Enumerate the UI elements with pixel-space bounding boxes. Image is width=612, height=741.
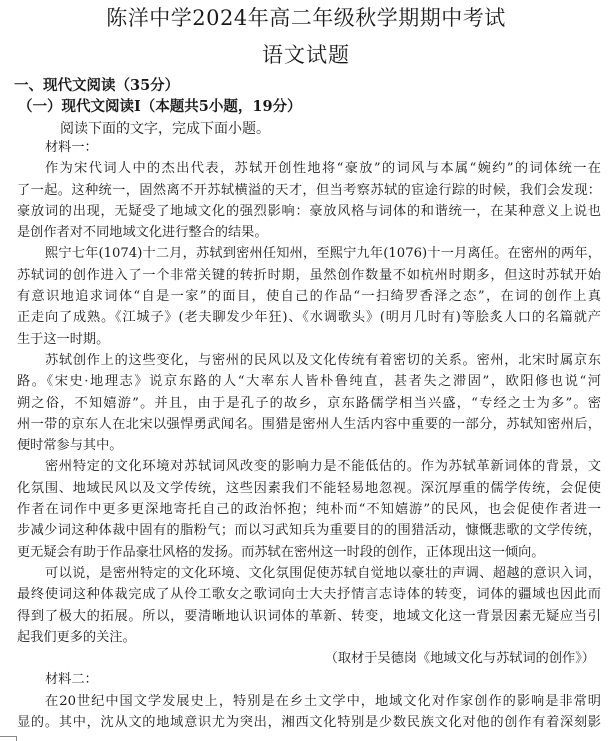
passage-line: 作者在词作中更多更深地寄托自己的政治怀抱；纯朴而“不知嬉游”的民风，也会促使作者… <box>17 499 601 520</box>
passage-line: 熙宁七年(1074)十二月，苏轼到密州任知州，至熙宁九年(1076)十一月离任。… <box>17 243 601 264</box>
passage-line: 更无疑会有助于作品豪壮风格的发扬。而苏轼在密州这一时段的创作，正体现出这一倾向。 <box>17 542 601 563</box>
passage-line: 可以说，是密州特定的文化环境、文化氛围促使苏轼自觉地以豪壮的声调、超越的意识入词… <box>17 563 601 584</box>
section-subheading: （一）现代文阅读Ⅰ（本题共5小题，19分） <box>18 98 302 116</box>
passage-line: 密州特定的文化环境对苏轼词风改变的影响力是不能低估的。作为苏轼革新词体的背景，文 <box>17 456 601 477</box>
passage-line: 豪放词的出现，无疑受了地域文化的强烈影响：豪放风格与词体的和谐统一，在某种意义上… <box>17 201 601 222</box>
material2-label: 材料二： <box>17 669 601 690</box>
exam-title: 陈洋中学2024年高二年级秋学期期中考试 <box>0 5 612 31</box>
passage-line: 作为宋代词人中的杰出代表，苏轼开创性地将“豪放”的词风与本属“婉约”的词体统一在 <box>17 158 601 179</box>
passage-line: 得到了极大的拓展。所以，要清晰地认识词体的革新、转变，地域文化这一背景因素无疑应… <box>17 606 601 627</box>
passage-line: 了一起。这种统一，固然离不开苏轼横溢的天才，但当考察苏轼的宦途行踪的时候，我们会… <box>17 180 601 201</box>
passage-body: 材料一： 作为宋代词人中的杰出代表，苏轼开创性地将“豪放”的词风与本属“婉约”的… <box>17 137 601 733</box>
material1-label: 材料一： <box>17 137 601 158</box>
passage-line: 路。《宋史·地理志》说京东路的人“大率东人皆朴鲁纯直，甚者失之滞固”，欧阳修也说… <box>17 371 601 392</box>
passage-line: 有意识地追求词体“自是一家”的面目，使自己的作品“一扫绮罗香泽之态”，在词的创作… <box>17 286 601 307</box>
passage-line: 生于这一时期。 <box>17 329 601 350</box>
passage-line: 显的。其中，沈从文的地域意识尤为突出，湘西文化特别是少数民族文化对他的创作有着深… <box>17 712 601 733</box>
passage-line: 在20世纪中国文学发展史上，特别是在乡土文学中，地域文化对作家创作的影响是非常明 <box>17 691 601 712</box>
passage-line: 最终使词这种体裁完成了从伶工歌女之歌词向士大夫抒情言志诗体的转变，词体的疆域也因… <box>17 584 601 605</box>
passage-line: 起我们更多的关注。 <box>17 627 601 648</box>
passage-line: 朔之俗，不知嬉游”。并且，由于是孔子的故乡，京东路儒学相当兴盛，“专经之士为多”… <box>17 393 601 414</box>
passage-line: 正走向了成熟。《江城子》(老夫聊发少年狂)、《水调歌头》(明月几时有)等脍炙人口… <box>17 307 601 328</box>
passage-line: 州一带的京东人在北宋以强悍勇武闻名。围猎是密州人生活内容中重要的一部分，苏轼知密… <box>17 414 601 435</box>
passage-line: 化氛围、地域民风以及文学传统，这些因素我们不能轻易地忽视。深沉厚重的儒学传统，会… <box>17 478 601 499</box>
page-corner-mark <box>0 736 17 741</box>
passage-line: 便时常参与其中。 <box>17 435 601 456</box>
instruction-text: 阅读下面的文字，完成下面小题。 <box>60 120 270 138</box>
exam-subtitle: 语文试题 <box>0 42 612 68</box>
passage-line: 是创作者对不同地域文化进行整合的结果。 <box>17 222 601 243</box>
passage-line: 苏轼创作上的这些变化，与密州的民风以及文化传统有着密切的关系。密州，北宋时属京东 <box>17 350 601 371</box>
passage-line: 苏轼词的创作进入了一个非常关键的转折时期，虽然创作数量不如杭州时期多，但这时苏轼… <box>17 265 601 286</box>
passage-line: 步减少词这种体裁中固有的脂粉气；而以习武知兵为重要目的的围猎活动，慷慨悲歌的文学… <box>17 520 601 541</box>
section-heading: 一、现代文阅读（35分） <box>14 77 179 95</box>
source-citation: （取材于吴德岗《地域文化与苏轼词的创作》） <box>17 648 601 669</box>
